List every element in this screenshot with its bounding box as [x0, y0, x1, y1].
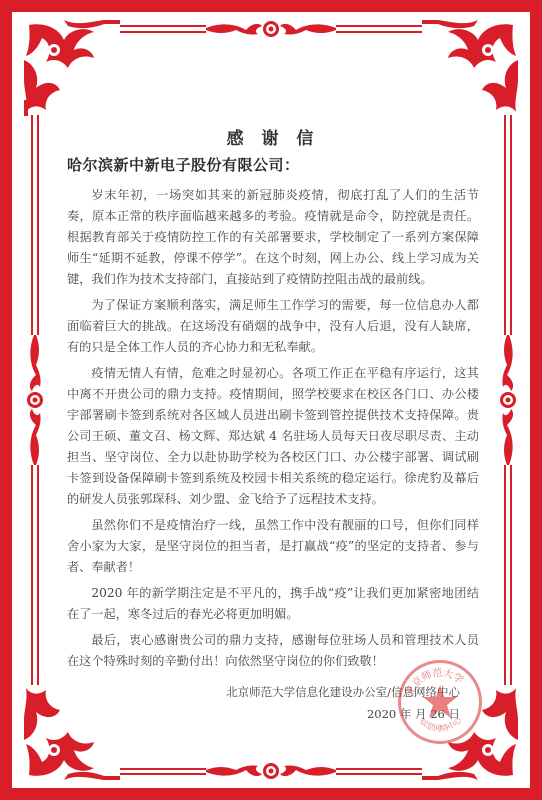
- seal-top-text: 北京师范大学: [404, 666, 467, 699]
- star-icon: 北京师范大学 信息网络中心: [401, 663, 479, 741]
- svg-text:北京师范大学: 北京师范大学: [404, 666, 467, 699]
- paragraph: 疫情无情人有情，危难之时显初心。各项工作正在平稳有序运行，这其中离不开贵公司的鼎…: [67, 363, 479, 510]
- letter-title: 感 谢 信: [67, 124, 479, 149]
- corner-ornament-bottom-left: [24, 680, 124, 780]
- right-center-ornament: [497, 335, 519, 465]
- seal-bottom-text: 信息网络中心: [418, 715, 464, 733]
- paragraphs: 岁末年初，一场突如其来的新冠肺炎疫情，彻底打乱了人们的生活节奏，原本正常的秩序面…: [67, 185, 479, 677]
- addressee: 哈尔滨新中新电子股份有限公司：: [67, 154, 300, 175]
- official-seal: 北京师范大学 信息网络中心: [398, 660, 482, 744]
- left-center-ornament: [24, 335, 46, 465]
- top-center-ornament: [206, 18, 336, 40]
- paragraph: 虽然你们不是疫情治疗一线，虽然工作中没有靓丽的口号，但你们同样舍小家为大家，是坚…: [67, 515, 479, 578]
- paragraph: 岁末年初，一场突如其来的新冠肺炎疫情，彻底打乱了人们的生活节奏，原本正常的秩序面…: [67, 185, 479, 290]
- paragraph: 2020 年的新学期注定是不平凡的，携手战“疫”让我们更加紧密地团结在了一起，寒…: [67, 583, 479, 625]
- bottom-center-ornament: [206, 760, 336, 782]
- paragraph: 为了保证方案顺利落实，满足师生工作学习的需要，每一位信息办人都面临着巨大的挑战。…: [67, 295, 479, 358]
- svg-text:信息网络中心: 信息网络中心: [418, 715, 464, 733]
- corner-ornament-top-left: [24, 20, 124, 120]
- corner-ornament-top-right: [418, 20, 518, 120]
